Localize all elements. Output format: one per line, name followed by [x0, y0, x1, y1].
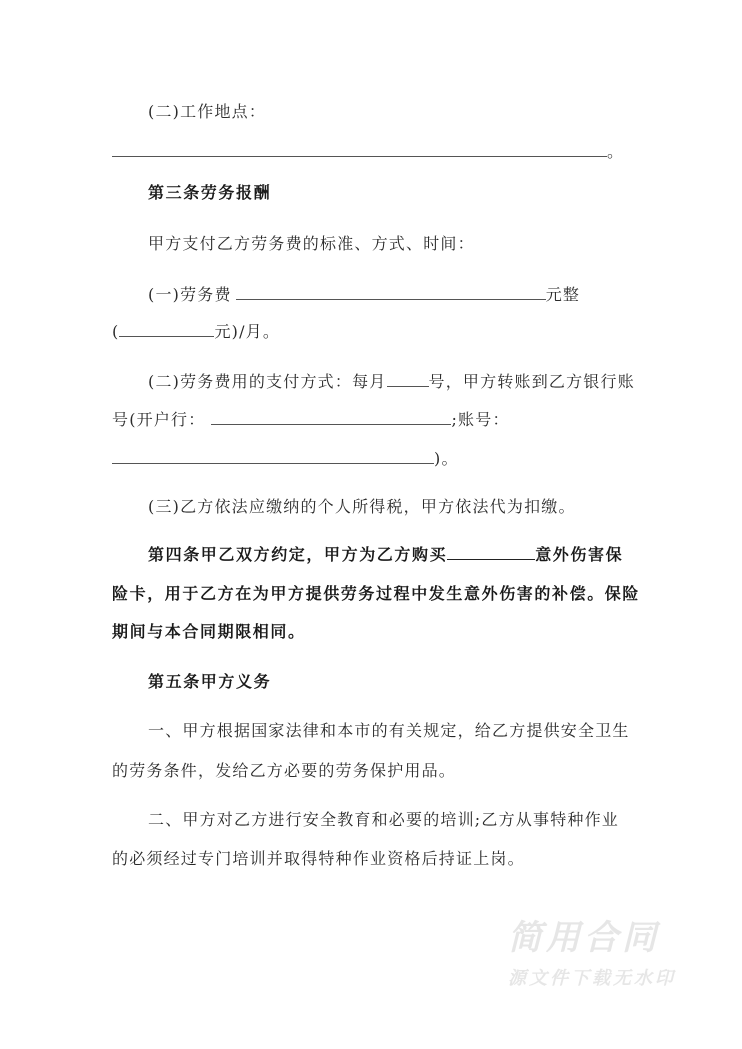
document-page: (二)工作地点： 。 第三条劳务报酬 甲方支付乙方劳务费的标准、方式、时间： (…: [0, 0, 742, 1049]
item1-prefix: (一)劳务费: [148, 285, 232, 304]
insurance-type-blank: [447, 545, 535, 560]
item1-line2-suffix: 元)/月。: [214, 322, 280, 341]
watermark-brand: 简用合同: [508, 918, 698, 958]
article3-intro: 甲方支付乙方劳务费的标准、方式、时间：: [148, 234, 668, 254]
article4-line1-prefix: 第四条甲乙双方约定，甲方为乙方购买: [148, 545, 447, 564]
article4-line3: 期间与本合同期限相同。: [112, 622, 632, 642]
article5-item1-line1: 一、甲方根据国家法律和本市的有关规定，给乙方提供安全卫生: [148, 721, 668, 741]
item1-suffix: 元整: [546, 285, 580, 304]
article4-line1-suffix: 意外伤害保: [535, 545, 623, 564]
article3-item1-line1: (一)劳务费元整: [148, 285, 668, 305]
item2-mid: 号，甲方转账到乙方银行账: [429, 372, 635, 391]
article3-item2-line1: (二)劳务费用的支付方式：每月号，甲方转账到乙方银行账: [148, 372, 668, 392]
item2-line2-prefix: 号(开户行：: [112, 410, 205, 429]
article3-title: 第三条劳务报酬: [148, 183, 668, 203]
labor-fee-blank: [236, 285, 546, 300]
monthly-fee-blank: [119, 322, 214, 337]
watermark: 简用合同 源文件下载无水印: [508, 918, 698, 992]
work-location-blank: [112, 142, 607, 157]
article5-item2-line2: 的必须经过专门培训并取得特种作业资格后持证上岗。: [112, 849, 632, 869]
article3-item2-line3: )。: [112, 449, 632, 469]
item2-prefix: (二)劳务费用的支付方式：每月: [148, 372, 387, 391]
item2-line2-suffix: ;账号：: [451, 410, 509, 429]
article4-line1: 第四条甲乙双方约定，甲方为乙方购买意外伤害保: [148, 545, 668, 565]
article3-item1-line2: (元)/月。: [112, 322, 632, 342]
article4-line2: 险卡，用于乙方在为甲方提供劳务过程中发生意外伤害的补偿。保险: [112, 584, 632, 604]
work-location-end: 。: [607, 142, 624, 161]
work-location-blank-line: 。: [112, 142, 632, 162]
bank-name-blank: [211, 410, 451, 425]
article5-title: 第五条甲方义务: [148, 672, 668, 692]
work-location-label: (二)工作地点：: [148, 102, 668, 122]
article3-item2-line2: 号(开户行：;账号：: [112, 410, 632, 430]
article5-item1-line2: 的劳务条件，发给乙方必要的劳务保护用品。: [112, 761, 632, 781]
pay-day-blank: [387, 372, 429, 387]
article5-item2-line1: 二、甲方对乙方进行安全教育和必要的培训;乙方从事特种作业: [148, 810, 668, 830]
article3-item3: (三)乙方依法应缴纳的个人所得税，甲方依法代为扣缴。: [148, 497, 668, 517]
watermark-tagline: 源文件下载无水印: [508, 966, 698, 992]
account-number-blank: [112, 449, 434, 464]
item1-open-paren: (: [112, 322, 119, 341]
item2-line3-suffix: )。: [434, 449, 459, 468]
